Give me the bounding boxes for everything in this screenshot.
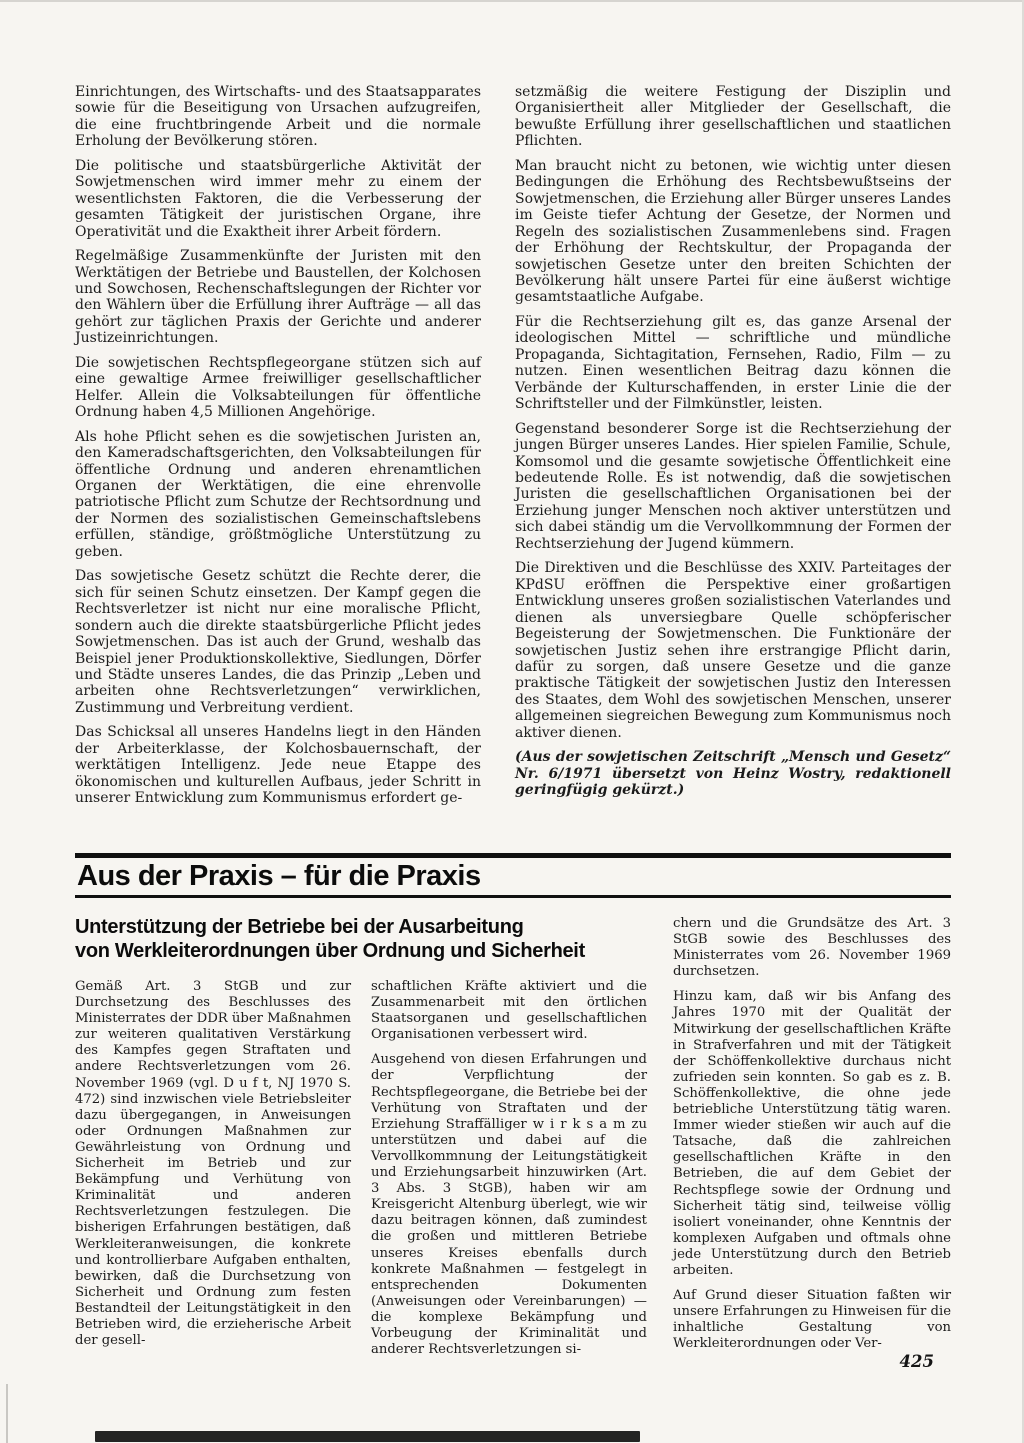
paragraph: Die sowjetischen Rechtspflegeorgane stüt… [75, 355, 481, 421]
section-banner: Aus der Praxis – für die Praxis [75, 853, 951, 898]
article: Unterstützung der Betriebe bei der Ausar… [75, 916, 951, 1367]
paragraph: Die politische und staatsbürgerliche Akt… [75, 158, 481, 240]
article-main: Unterstützung der Betriebe bei der Ausar… [75, 916, 647, 1367]
top-left-column: Einrichtungen, des Wirtschafts- und des … [75, 84, 481, 815]
article-column-3: chern und die Grundsätze des Art. 3 StGB… [673, 916, 951, 1367]
paragraph: Einrichtungen, des Wirtschafts- und des … [75, 84, 481, 150]
top-section: Einrichtungen, des Wirtschafts- und des … [75, 84, 951, 815]
source-note: (Aus der sowjetischen Zeitschrift „Mensc… [515, 749, 951, 798]
top-right-column: setzmäßig die weitere Festigung der Disz… [515, 84, 951, 815]
article-title: Unterstützung der Betriebe bei der Ausar… [75, 916, 647, 963]
paragraph: Man braucht nicht zu betonen, wie wichti… [515, 158, 951, 306]
paragraph: Das Schicksal all unseres Handelns liegt… [75, 724, 481, 806]
paragraph: Gemäß Art. 3 StGB und zur Durchsetzung d… [75, 979, 351, 1349]
paragraph: Für die Rechtserziehung gilt es, das gan… [515, 314, 951, 413]
paragraph: setzmäßig die weitere Festigung der Disz… [515, 84, 951, 150]
paragraph: Gegenstand besonderer Sorge ist die Rech… [515, 421, 951, 553]
scan-edge-top [0, 0, 1024, 2]
page-number: 425 [900, 1352, 934, 1371]
paragraph: Als hohe Pflicht sehen es die sowjetisch… [75, 429, 481, 561]
article-columns: Gemäß Art. 3 StGB und zur Durchsetzung d… [75, 979, 647, 1367]
article-title-line1: Unterstützung der Betriebe bei der Ausar… [75, 916, 524, 938]
scan-edge-left [6, 1384, 8, 1443]
article-title-line2: von Werkleiterordnungen über Ordnung und… [75, 940, 585, 962]
paragraph: Die Direktiven und die Beschlüsse des XX… [515, 560, 951, 741]
paragraph: Auf Grund dieser Situation faßten wir un… [673, 1288, 951, 1352]
banner-rule-bottom [75, 895, 951, 898]
paragraph: schaftlichen Kräfte aktiviert und die Zu… [371, 979, 647, 1043]
paragraph: Regelmäßige Zusammenkünfte der Juristen … [75, 248, 481, 347]
paragraph: Ausgehend von diesen Erfahrungen und der… [371, 1052, 647, 1358]
article-column-2: schaftlichen Kräfte aktiviert und die Zu… [371, 979, 647, 1367]
paragraph: Hinzu kam, daß wir bis Anfang des Jahres… [673, 989, 951, 1279]
paragraph: chern und die Grundsätze des Art. 3 StGB… [673, 916, 951, 980]
section-banner-title: Aus der Praxis – für die Praxis [75, 858, 951, 895]
article-column-1: Gemäß Art. 3 StGB und zur Durchsetzung d… [75, 979, 351, 1367]
journal-page: Einrichtungen, des Wirtschafts- und des … [0, 0, 1024, 1443]
scan-artifact-bar [95, 1431, 640, 1442]
paragraph: Das sowjetische Gesetz schützt die Recht… [75, 568, 481, 716]
